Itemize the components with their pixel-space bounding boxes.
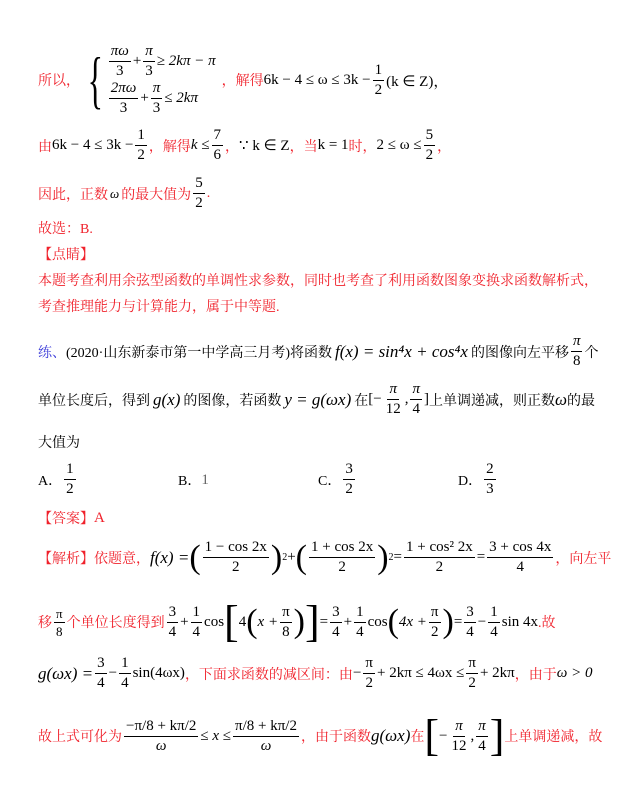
option-b[interactable]: B． 1 [178,470,209,490]
option-d[interactable]: D． 23 [458,462,498,497]
left-brace: { [88,48,103,112]
comment-line-1: 本题考查利用余弦型函数的单调性求参数，同时也考查了利用函数图象变换求函数解析式， [38,270,598,290]
analysis-line-2: 移 π8 个单位长度得到 34+ 14 cos [4( x + π8)] = 3… [38,600,556,644]
answer-line: 【答案】 A [38,508,105,528]
comment-header: 【点睛】 [38,244,94,264]
analysis-line-3: g(ωx) = 34− 14 sin(4ωx) ，下面求函数的减区间：由 − π… [38,656,592,691]
option-c[interactable]: C． 32 [318,462,357,497]
comment-line-2: 考查推理能力与计算能力，属于中等题. [38,296,280,316]
option-a[interactable]: A． 12 [38,462,78,497]
analysis-line-4: 故上式可化为 −π/8 + kπ/2ω ≤ x ≤ π/8 + kπ/2ω ，由… [38,714,602,758]
solution-line-3: 因此，正数 ω 的最大值为 52 . [38,176,210,211]
so-label: 所以， [38,70,80,90]
analysis-line-1: 【解析】 依题意， f(x) = (1 − cos 2x2)2 + (1 + c… [38,540,611,575]
answer-choice: 故选：B. [38,218,93,238]
analysis-header: 【解析】 [38,548,94,568]
solution-line-2: 由 6k − 4 ≤ 3k − 12 ，解得 k ≤ 76 ， ∵ k ∈ Z … [38,128,451,163]
solution-line-1: 所以， { πω3 + π3 ≥ 2kπ − π 2πω3 + π3 ≤ 2kπ… [38,44,448,116]
inequality-system: πω3 + π3 ≥ 2kπ − π 2πω3 + π3 ≤ 2kπ [107,44,216,116]
exercise-line-1: 练、 (2020·山东新泰市第一中学高三月考) 将函数 f(x) = sin⁴x… [38,334,598,369]
exercise-line-3: 大值为 [38,432,80,452]
exercise-line-2: 单位长度后，得到 g(x) 的图像，若函数 y = g(ωx) 在 [− π12… [38,382,595,417]
exercise-label: 练、 [38,342,66,362]
exercise-source: (2020·山东新泰市第一中学高三月考) [66,342,290,362]
